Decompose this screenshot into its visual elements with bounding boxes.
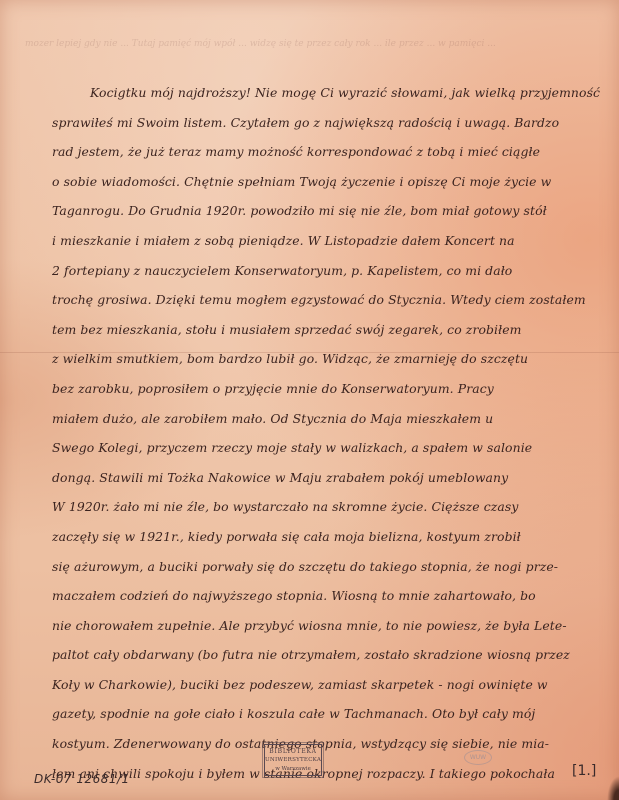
letter-line: dongą. Stawili mi Tożka Nakowice w Maju … <box>52 463 608 493</box>
letter-line: sprawiłeś mi Swoim listem. Czytałem go z… <box>52 108 608 138</box>
folio-number: [1.] <box>572 763 596 779</box>
letter-line: nie chorowałem zupełnie. Ale przybyć wio… <box>52 611 608 641</box>
letter-line: i mieszkanie i miałem z sobą pieniądze. … <box>52 226 608 256</box>
stamp-line-1: BIBLIOTEKA <box>265 747 321 756</box>
letter-line: Swego Kolegi, przyczem rzeczy moje stały… <box>52 433 608 463</box>
letter-line: z wielkim smutkiem, bom bardzo lubił go.… <box>52 344 608 374</box>
letter-line: trochę grosiwa. Dzięki temu mogłem egzys… <box>52 285 608 315</box>
letter-page: mozer lepiej gdy nie ... Tutaj pamięć mó… <box>0 0 619 800</box>
letter-line: miałem dużo, ale zarobiłem mało. Od Styc… <box>52 404 608 434</box>
stamp-line-3: w Warszawie <box>265 765 321 774</box>
letter-line: o sobie wiadomości. Chętnie spełniam Two… <box>52 167 608 197</box>
letter-body: Kocigtku mój najdroższy! Nie mogę Ci wyr… <box>52 78 608 788</box>
letter-line: Taganrogu. Do Grudnia 1920r. powodziło m… <box>52 196 608 226</box>
letter-line: kostyum. Zdenerwowany do ostatniego stop… <box>52 729 608 759</box>
letter-line: maczałem codzień do najwyższego stopnia.… <box>52 581 608 611</box>
letter-line: Koły w Charkowie), buciki bez podeszew, … <box>52 670 608 700</box>
shelfmark: DK-07 12681/1 <box>34 772 130 786</box>
bleed-through-text: mozer lepiej gdy nie ... Tutaj pamięć mó… <box>25 30 585 58</box>
letter-line: Kocigtku mój najdroższy! Nie mogę Ci wyr… <box>52 78 608 108</box>
letter-line: łem ani chwili spokoju i byłem w stanie … <box>52 759 608 789</box>
library-stamp: BIBLIOTEKA UNIWERSYTECKA w Warszawie <box>264 744 322 776</box>
letter-line: gazety, spodnie na gołe ciało i koszula … <box>52 699 608 729</box>
letter-line: zaczęły się w 1921r., kiedy porwała się … <box>52 522 608 552</box>
letter-line: W 1920r. żało mi nie źle, bo wystarczało… <box>52 492 608 522</box>
letter-line: 2 fortepiany z nauczycielem Konserwatory… <box>52 256 608 286</box>
letter-line: się ażurowym, a buciki porwały się do sz… <box>52 552 608 582</box>
letter-line: bez zarobku, poprosiłem o przyjęcie mnie… <box>52 374 608 404</box>
letter-line: tem bez mieszkania, stołu i musiałem spr… <box>52 315 608 345</box>
letter-line: rad jestem, że już teraz mamy możność ko… <box>52 137 608 167</box>
letter-line: paltot cały obdarwany (bo futra nie otrz… <box>52 640 608 670</box>
oval-mark: WUW <box>464 750 492 765</box>
page-edge-curl <box>607 776 619 800</box>
stamp-line-2: UNIWERSYTECKA <box>265 756 321 765</box>
